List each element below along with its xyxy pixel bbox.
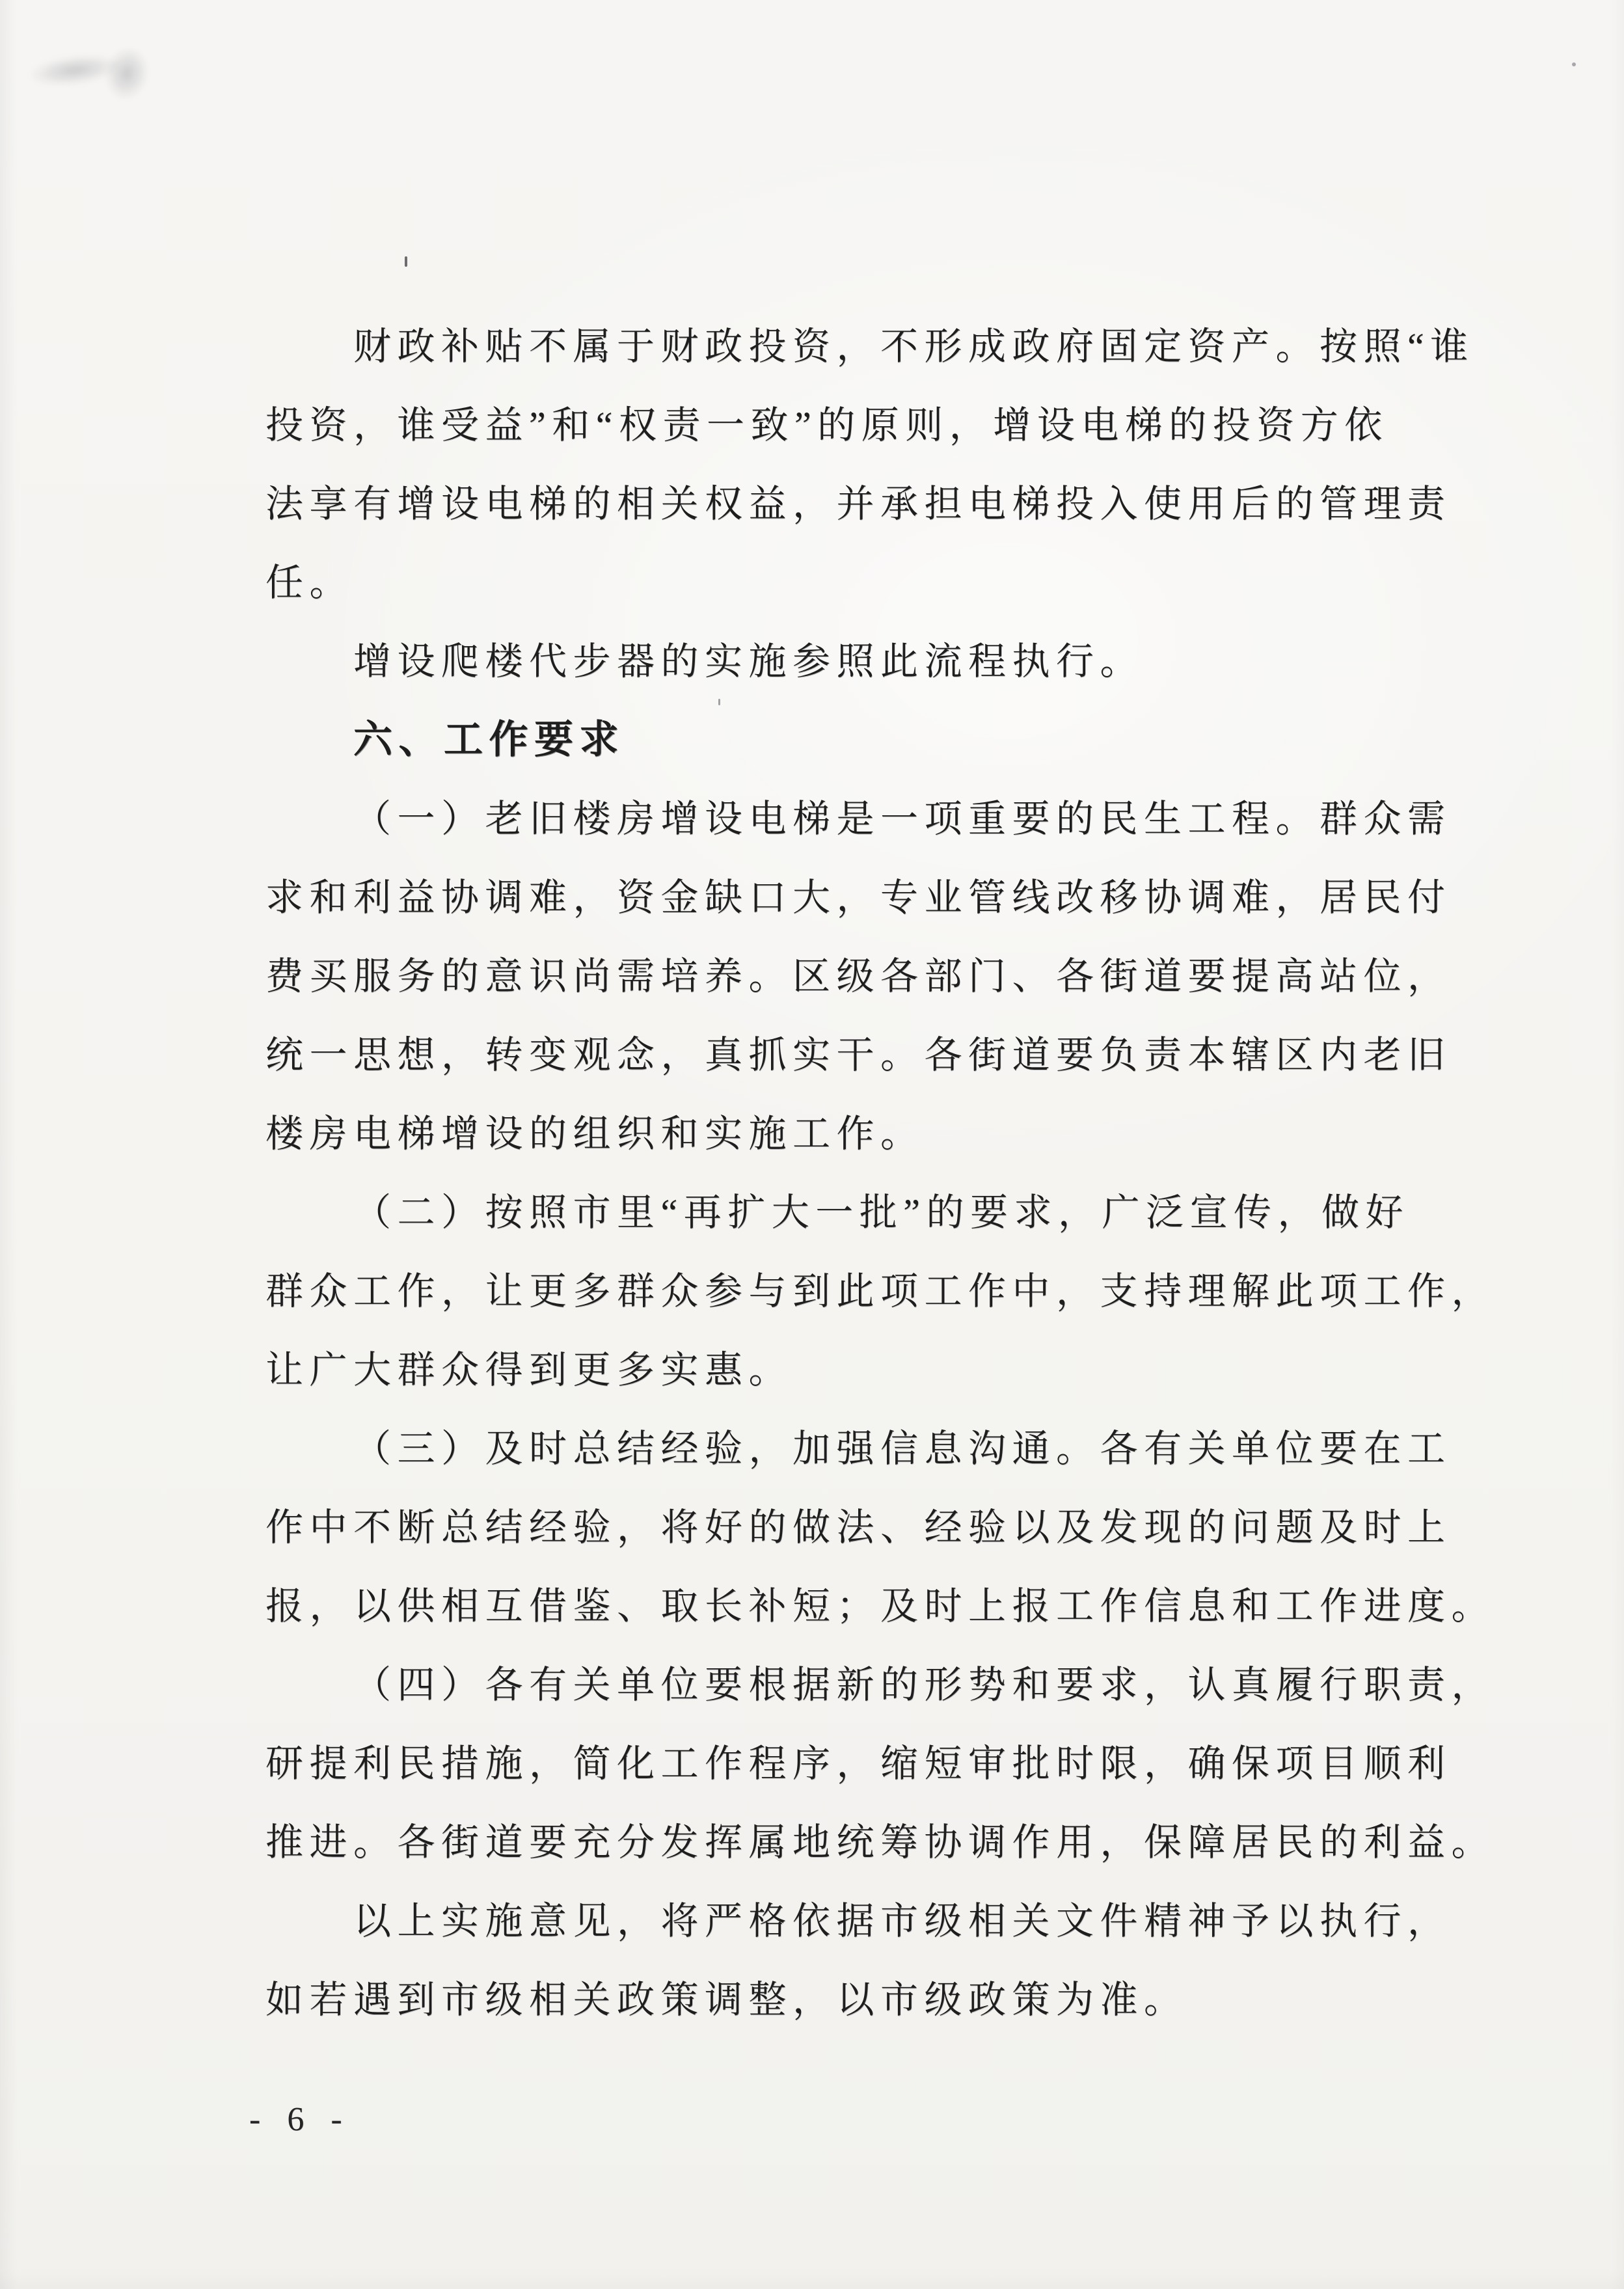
paragraph-line: 统一思想，转变观念，真抓实干。各街道要负责本辖区内老旧 bbox=[265, 1016, 1476, 1094]
paragraph-line: 报，以供相互借鉴、取长补短；及时上报工作信息和工作进度。 bbox=[265, 1567, 1476, 1646]
page-number: - 6 - bbox=[249, 2100, 351, 2139]
scan-speck bbox=[1572, 62, 1576, 66]
scanned-document-page: 财政补贴不属于财政投资，不形成政府固定资产。按照“谁 投资，谁受益”和“权责一致… bbox=[0, 0, 1624, 2289]
paragraph-line: 作中不断总结经验，将好的做法、经验以及发现的问题及时上 bbox=[265, 1488, 1476, 1567]
paragraph-line: 如若遇到市级相关政策调整，以市级政策为准。 bbox=[265, 1960, 1476, 2039]
paragraph-line: （三）及时总结经验，加强信息沟通。各有关单位要在工 bbox=[265, 1409, 1476, 1488]
paragraph-line: 投资，谁受益”和“权责一致”的原则，增设电梯的投资方依 bbox=[265, 386, 1476, 465]
paragraph-line: 增设爬楼代步器的实施参照此流程执行。 bbox=[265, 622, 1476, 701]
section-heading: 六、工作要求 bbox=[265, 701, 1476, 779]
pencil-smudge-mark bbox=[11, 44, 139, 98]
paragraph-line: 求和利益协调难，资金缺口大，专业管线改移协调难，居民付 bbox=[265, 858, 1476, 937]
scan-speck bbox=[405, 256, 407, 267]
paragraph-line: 财政补贴不属于财政投资，不形成政府固定资产。按照“谁 bbox=[265, 307, 1476, 386]
paragraph-line: 群众工作，让更多群众参与到此项工作中，支持理解此项工作， bbox=[265, 1252, 1476, 1331]
document-body: 财政补贴不属于财政投资，不形成政府固定资产。按照“谁 投资，谁受益”和“权责一致… bbox=[265, 307, 1476, 2039]
paragraph-line: 费买服务的意识尚需培养。区级各部门、各街道要提高站位， bbox=[265, 937, 1476, 1016]
paragraph-line: 法享有增设电梯的相关权益，并承担电梯投入使用后的管理责 bbox=[265, 465, 1476, 543]
paragraph-line: 任。 bbox=[265, 543, 1476, 622]
paragraph-line: （四）各有关单位要根据新的形势和要求，认真履行职责， bbox=[265, 1646, 1476, 1724]
paragraph-line: 研提利民措施，简化工作程序，缩短审批时限，确保项目顺利 bbox=[265, 1724, 1476, 1803]
paragraph-line: （一）老旧楼房增设电梯是一项重要的民生工程。群众需 bbox=[265, 779, 1476, 858]
pencil-smudge-mark bbox=[91, 33, 163, 115]
paragraph-line: 推进。各街道要充分发挥属地统筹协调作用，保障居民的利益。 bbox=[265, 1803, 1476, 1882]
paragraph-line: 以上实施意见，将严格依据市级相关文件精神予以执行， bbox=[265, 1882, 1476, 1960]
paragraph-line: 让广大群众得到更多实惠。 bbox=[265, 1331, 1476, 1409]
paragraph-line: 楼房电梯增设的组织和实施工作。 bbox=[265, 1094, 1476, 1173]
paragraph-line: （二）按照市里“再扩大一批”的要求，广泛宣传，做好 bbox=[265, 1173, 1476, 1252]
